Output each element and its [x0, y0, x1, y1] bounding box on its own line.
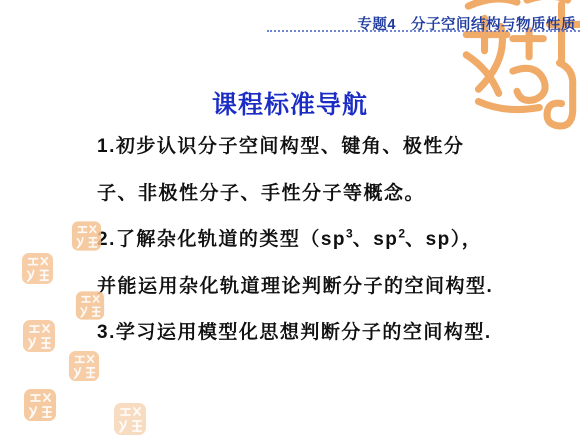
body-line: 3.学习运用模型化思想判断分子的空间构型. — [97, 310, 560, 357]
seal-stamp-icon — [21, 252, 54, 285]
seal-stamp-icon — [75, 290, 105, 321]
seal-stamp-icon — [68, 350, 100, 382]
slide: 专题4 分子空间结构与物质性质 课程标准导航 1.初步认识分子空间构型、键角、极… — [0, 0, 580, 437]
header-divider — [267, 30, 580, 32]
body-line: 2.了解杂化轨道的类型（sp3、sp2、sp）， — [97, 217, 560, 264]
body-line: 1.初步认识分子空间构型、键角、极性分 — [97, 124, 560, 171]
body-line: 子、非极性分子、手性分子等概念。 — [97, 171, 560, 218]
seal-stamp-icon — [113, 402, 147, 436]
body-text: 1.初步认识分子空间构型、键角、极性分子、非极性分子、手性分子等概念。2.了解杂… — [97, 124, 560, 357]
seal-stamp-icon — [71, 220, 102, 252]
page-title: 课程标准导航 — [0, 85, 580, 121]
seal-stamp-icon — [23, 388, 57, 422]
seal-stamp-icon — [22, 319, 56, 353]
body-line: 并能运用杂化轨道理论判断分子的空间构型. — [97, 264, 560, 311]
